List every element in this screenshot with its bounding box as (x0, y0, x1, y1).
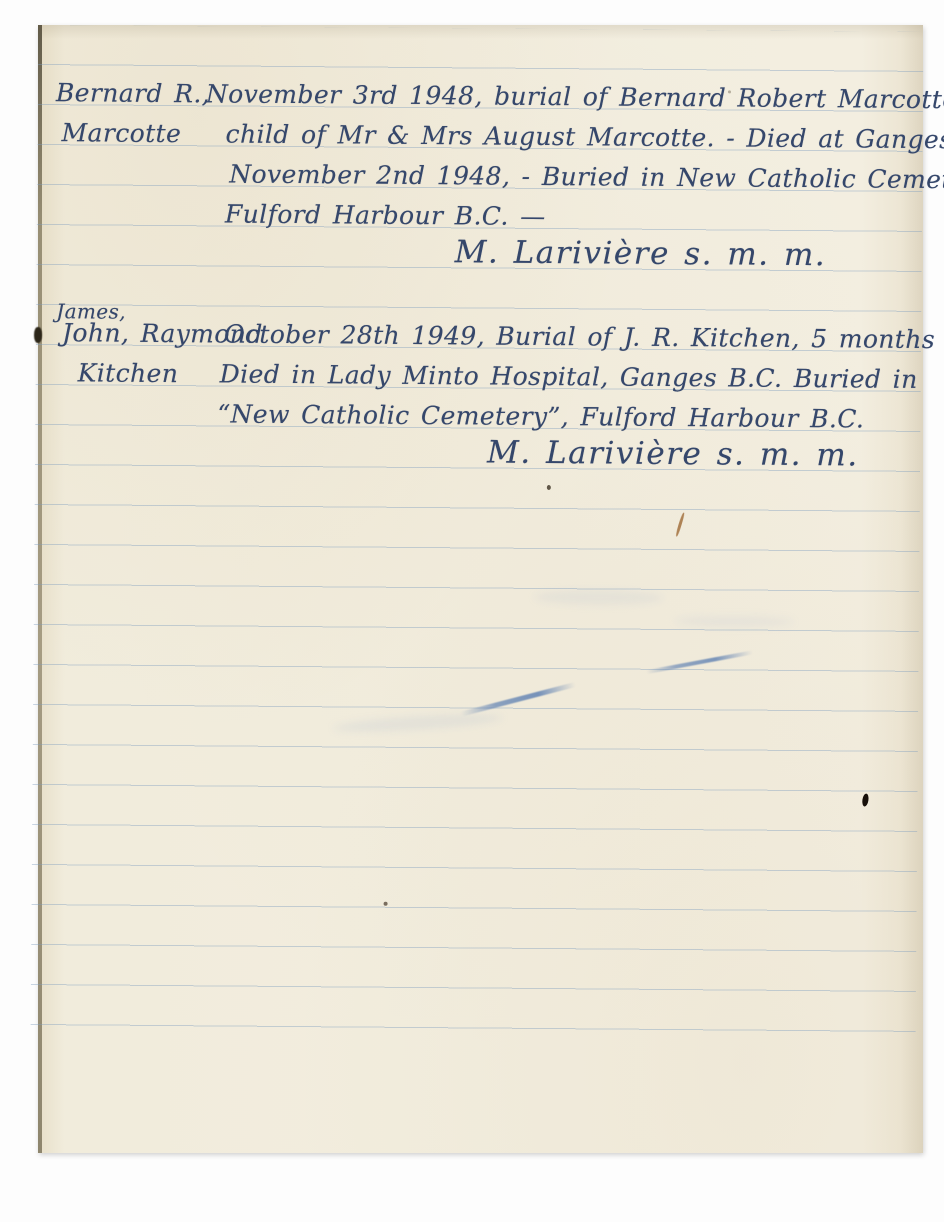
entry1-body-line3: November 2nd 1948, - Buried in New Catho… (229, 151, 944, 195)
entry2-body-line2: Died in Lady Minto Hospital, Ganges B.C.… (220, 350, 918, 393)
entry1-margin-name-line2: Marcotte (62, 109, 182, 148)
entry1-body-line1: November 3rd 1948, burial of Bernard Rob… (206, 70, 944, 114)
notebook-page: Bernard R., Marcotte November 3rd 1948, … (38, 25, 923, 1153)
scanned-document: Bernard R., Marcotte November 3rd 1948, … (0, 0, 944, 1222)
entry1-margin-name-line1: Bernard R., (56, 69, 210, 108)
entry1-body-line2: child of Mr & Mrs August Marcotte. - Die… (226, 110, 944, 154)
paper-speck (728, 90, 731, 93)
entry2-signature: M. Larivière s. m. m. (487, 427, 859, 474)
entry2-body-line1: October 28th 1949, Burial of J. R. Kitch… (224, 310, 944, 354)
entry1-signature: M. Larivière s. m. m. (455, 226, 827, 273)
paper-speck (384, 902, 388, 906)
entry2-margin-name-line3: Kitchen (78, 349, 179, 388)
page-content: Bernard R., Marcotte November 3rd 1948, … (30, 25, 924, 1160)
binding-edge-ink-blot (34, 327, 42, 343)
entry1-body-line4: Fulford Harbour B.C. — (225, 190, 546, 231)
paper-speck (547, 485, 551, 490)
